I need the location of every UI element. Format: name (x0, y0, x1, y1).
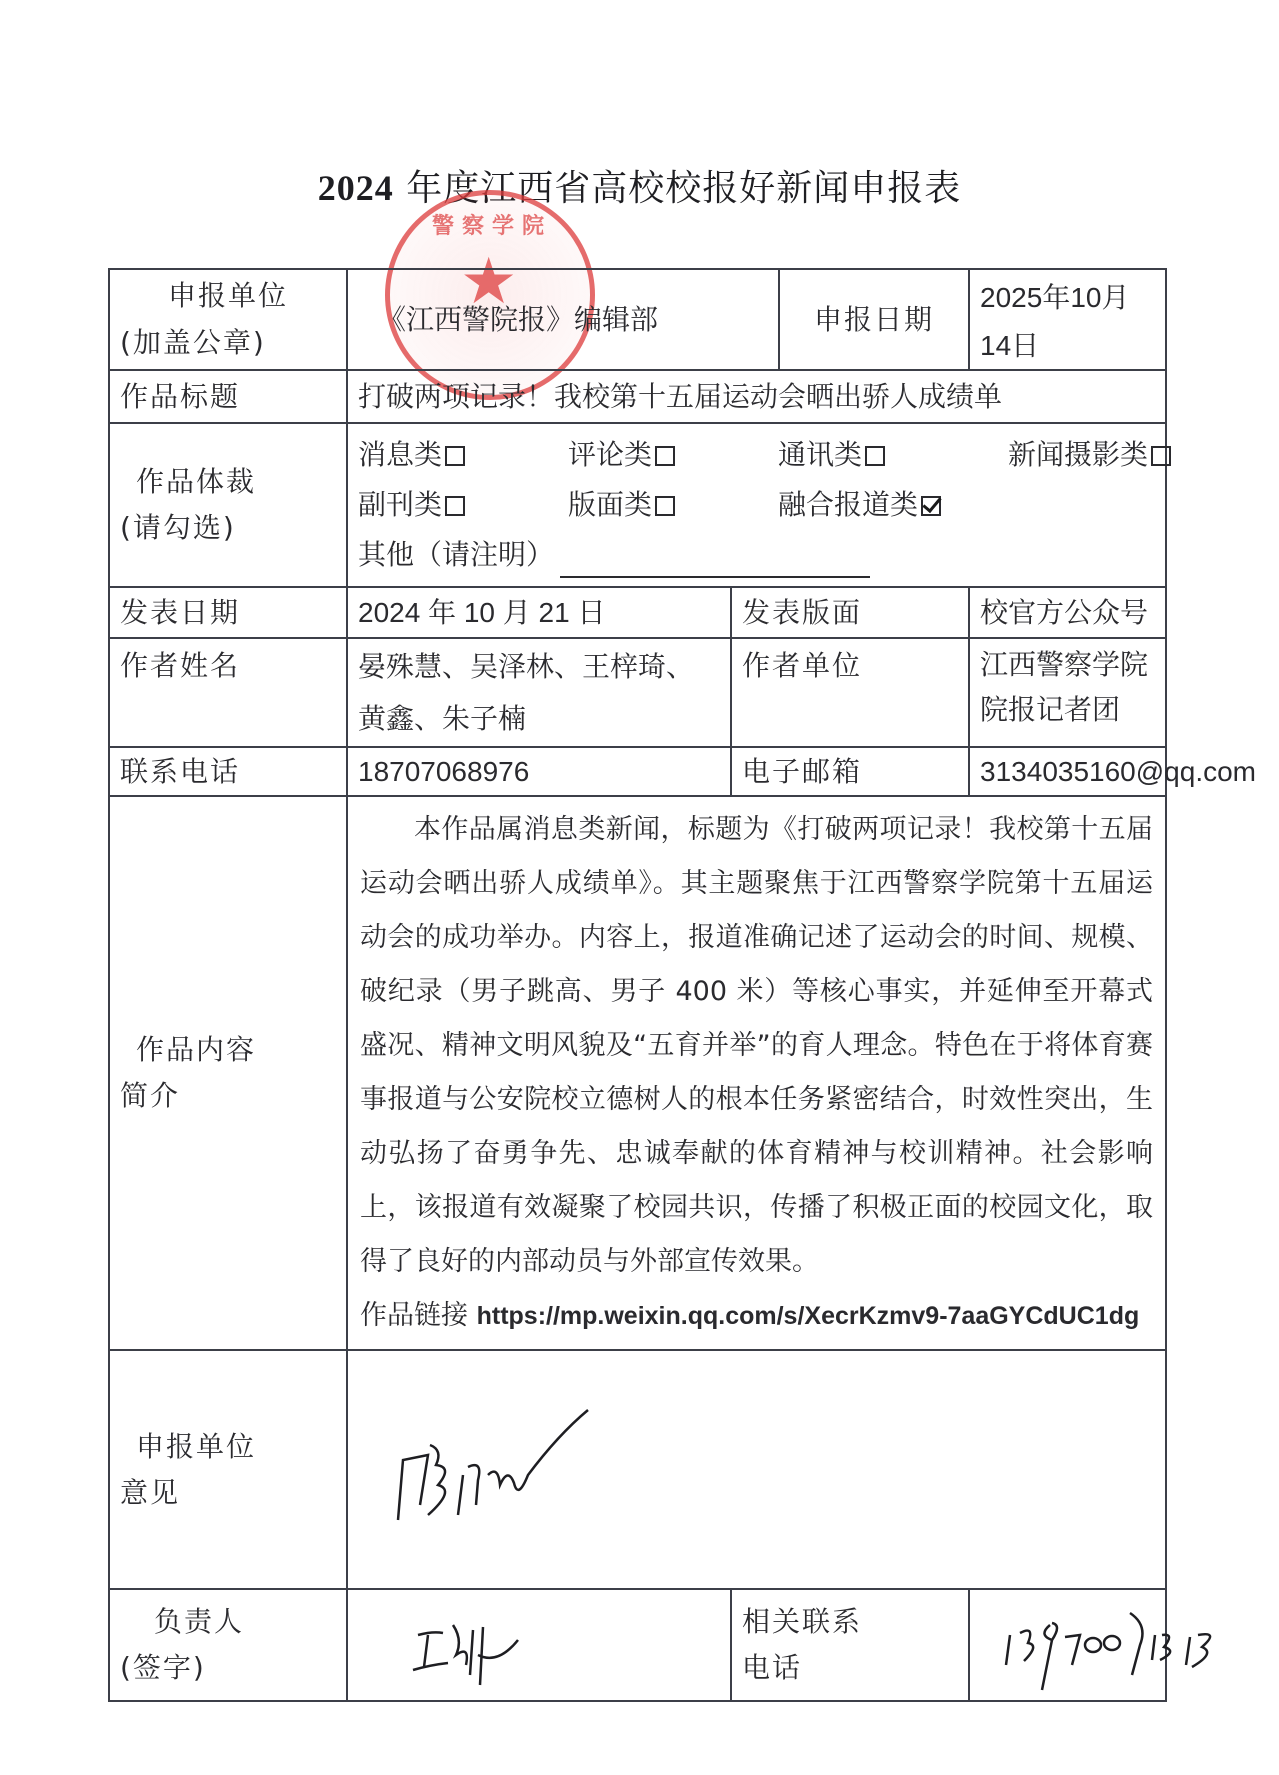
responsible-label: 负责人 (签字) (109, 1589, 347, 1701)
genre-option-converged[interactable]: 融合报道类 (778, 482, 1008, 528)
email-field[interactable]: 3134035160@qq.com (969, 747, 1166, 796)
row-summary: 作品内容 简介 本作品属消息类新闻，标题为《打破两项记录！我校第十五届运动会晒出… (109, 796, 1166, 1350)
phone-field[interactable]: 18707068976 (347, 747, 731, 796)
checkbox-unchecked-icon[interactable] (865, 446, 885, 466)
phone-label: 联系电话 (109, 747, 347, 796)
related-phone-handwritten[interactable] (969, 1589, 1166, 1701)
title-text: 年度江西省高校校报好新闻申报表 (394, 168, 961, 209)
checkbox-checked-icon[interactable] (921, 496, 941, 516)
summary-label: 作品内容 简介 (109, 796, 347, 1350)
genre-option-photo[interactable]: 新闻摄影类 (1008, 432, 1248, 478)
apply-date-field[interactable]: 2025年10月14日 (969, 269, 1166, 370)
summary-field[interactable]: 本作品属消息类新闻，标题为《打破两项记录！我校第十五届运动会晒出骄人成绩单》。其… (347, 796, 1166, 1350)
genre-options: 消息类 评论类 通讯类 新闻摄影类 副刊类 版面类 融合报道类 其他（请注明） (347, 423, 1166, 587)
row-opinion: 申报单位 意见 (109, 1350, 1166, 1589)
application-form: 申报单位 (加盖公章) 《江西警院报》编辑部 申报日期 2025年10月14日 … (108, 268, 1167, 1702)
form-title: 2024 年度江西省高校校报好新闻申报表 (0, 160, 1279, 211)
authors-field[interactable]: 晏殊慧、吴泽林、王梓琦、黄鑫、朱子楠 (347, 638, 731, 747)
seal-text: 警察学院 (412, 209, 572, 240)
opinion-signature-area[interactable] (347, 1350, 1166, 1589)
apply-date-label: 申报日期 (779, 269, 969, 370)
checkbox-unchecked-icon[interactable] (655, 496, 675, 516)
genre-option-news[interactable]: 消息类 (358, 432, 568, 478)
row-publish: 发表日期 2024 年 10 月 21 日 发表版面 校官方公众号 (109, 587, 1166, 638)
row-applicant: 申报单位 (加盖公章) 《江西警院报》编辑部 申报日期 2025年10月14日 (109, 269, 1166, 370)
publish-date-field[interactable]: 2024 年 10 月 21 日 (347, 587, 731, 638)
author-unit-field[interactable]: 江西警察学院院报记者团 (969, 638, 1166, 747)
publish-section-field[interactable]: 校官方公众号 (969, 587, 1166, 638)
email-label: 电子邮箱 (731, 747, 969, 796)
genre-option-feature[interactable]: 通讯类 (778, 432, 1008, 478)
checkbox-unchecked-icon[interactable] (1151, 446, 1171, 466)
work-link-label: 作品链接 (360, 1300, 468, 1331)
related-phone-label: 相关联系 电话 (731, 1589, 969, 1701)
applicant-unit-label: 申报单位 (加盖公章) (109, 269, 347, 370)
genre-option-other: 其他（请注明） (358, 532, 1248, 578)
genre-label: 作品体裁 (请勾选) (109, 423, 347, 587)
genre-option-supplement[interactable]: 副刊类 (358, 482, 568, 528)
applicant-unit-field[interactable]: 《江西警院报》编辑部 (347, 269, 779, 370)
checkbox-unchecked-icon[interactable] (445, 496, 465, 516)
work-link-url[interactable]: https://mp.weixin.qq.com/s/XecrKzmv9-7aa… (477, 1302, 1140, 1330)
summary-text: 本作品属消息类新闻，标题为《打破两项记录！我校第十五届运动会晒出骄人成绩单》。其… (360, 803, 1153, 1289)
other-genre-input[interactable] (560, 550, 870, 578)
publish-date-label: 发表日期 (109, 587, 347, 638)
checkbox-unchecked-icon[interactable] (655, 446, 675, 466)
opinion-label: 申报单位 意见 (109, 1350, 347, 1589)
responsible-signature-area[interactable] (347, 1589, 731, 1701)
row-contact: 联系电话 18707068976 电子邮箱 3134035160@qq.com (109, 747, 1166, 796)
checkbox-unchecked-icon[interactable] (445, 446, 465, 466)
work-title-label: 作品标题 (109, 370, 347, 423)
handwritten-signature-icon (358, 1405, 718, 1535)
handwritten-phone-number-icon (980, 1595, 1260, 1695)
handwritten-signature-icon (358, 1595, 558, 1695)
work-title-field[interactable]: 打破两项记录！我校第十五届运动会晒出骄人成绩单 (347, 370, 1166, 423)
row-responsible: 负责人 (签字) 相关联系 电话 (109, 1589, 1166, 1701)
row-work-title: 作品标题 打破两项记录！我校第十五届运动会晒出骄人成绩单 (109, 370, 1166, 423)
genre-option-commentary[interactable]: 评论类 (568, 432, 778, 478)
publish-section-label: 发表版面 (731, 587, 969, 638)
row-authors: 作者姓名 晏殊慧、吴泽林、王梓琦、黄鑫、朱子楠 作者单位 江西警察学院院报记者团 (109, 638, 1166, 747)
genre-option-layout[interactable]: 版面类 (568, 482, 778, 528)
authors-label: 作者姓名 (109, 638, 347, 747)
title-year: 2024 (318, 168, 394, 208)
work-link-line: 作品链接 https://mp.weixin.qq.com/s/XecrKzmv… (360, 1289, 1153, 1343)
row-genre: 作品体裁 (请勾选) 消息类 评论类 通讯类 新闻摄影类 副刊类 版面类 融合报… (109, 423, 1166, 587)
author-unit-label: 作者单位 (731, 638, 969, 747)
